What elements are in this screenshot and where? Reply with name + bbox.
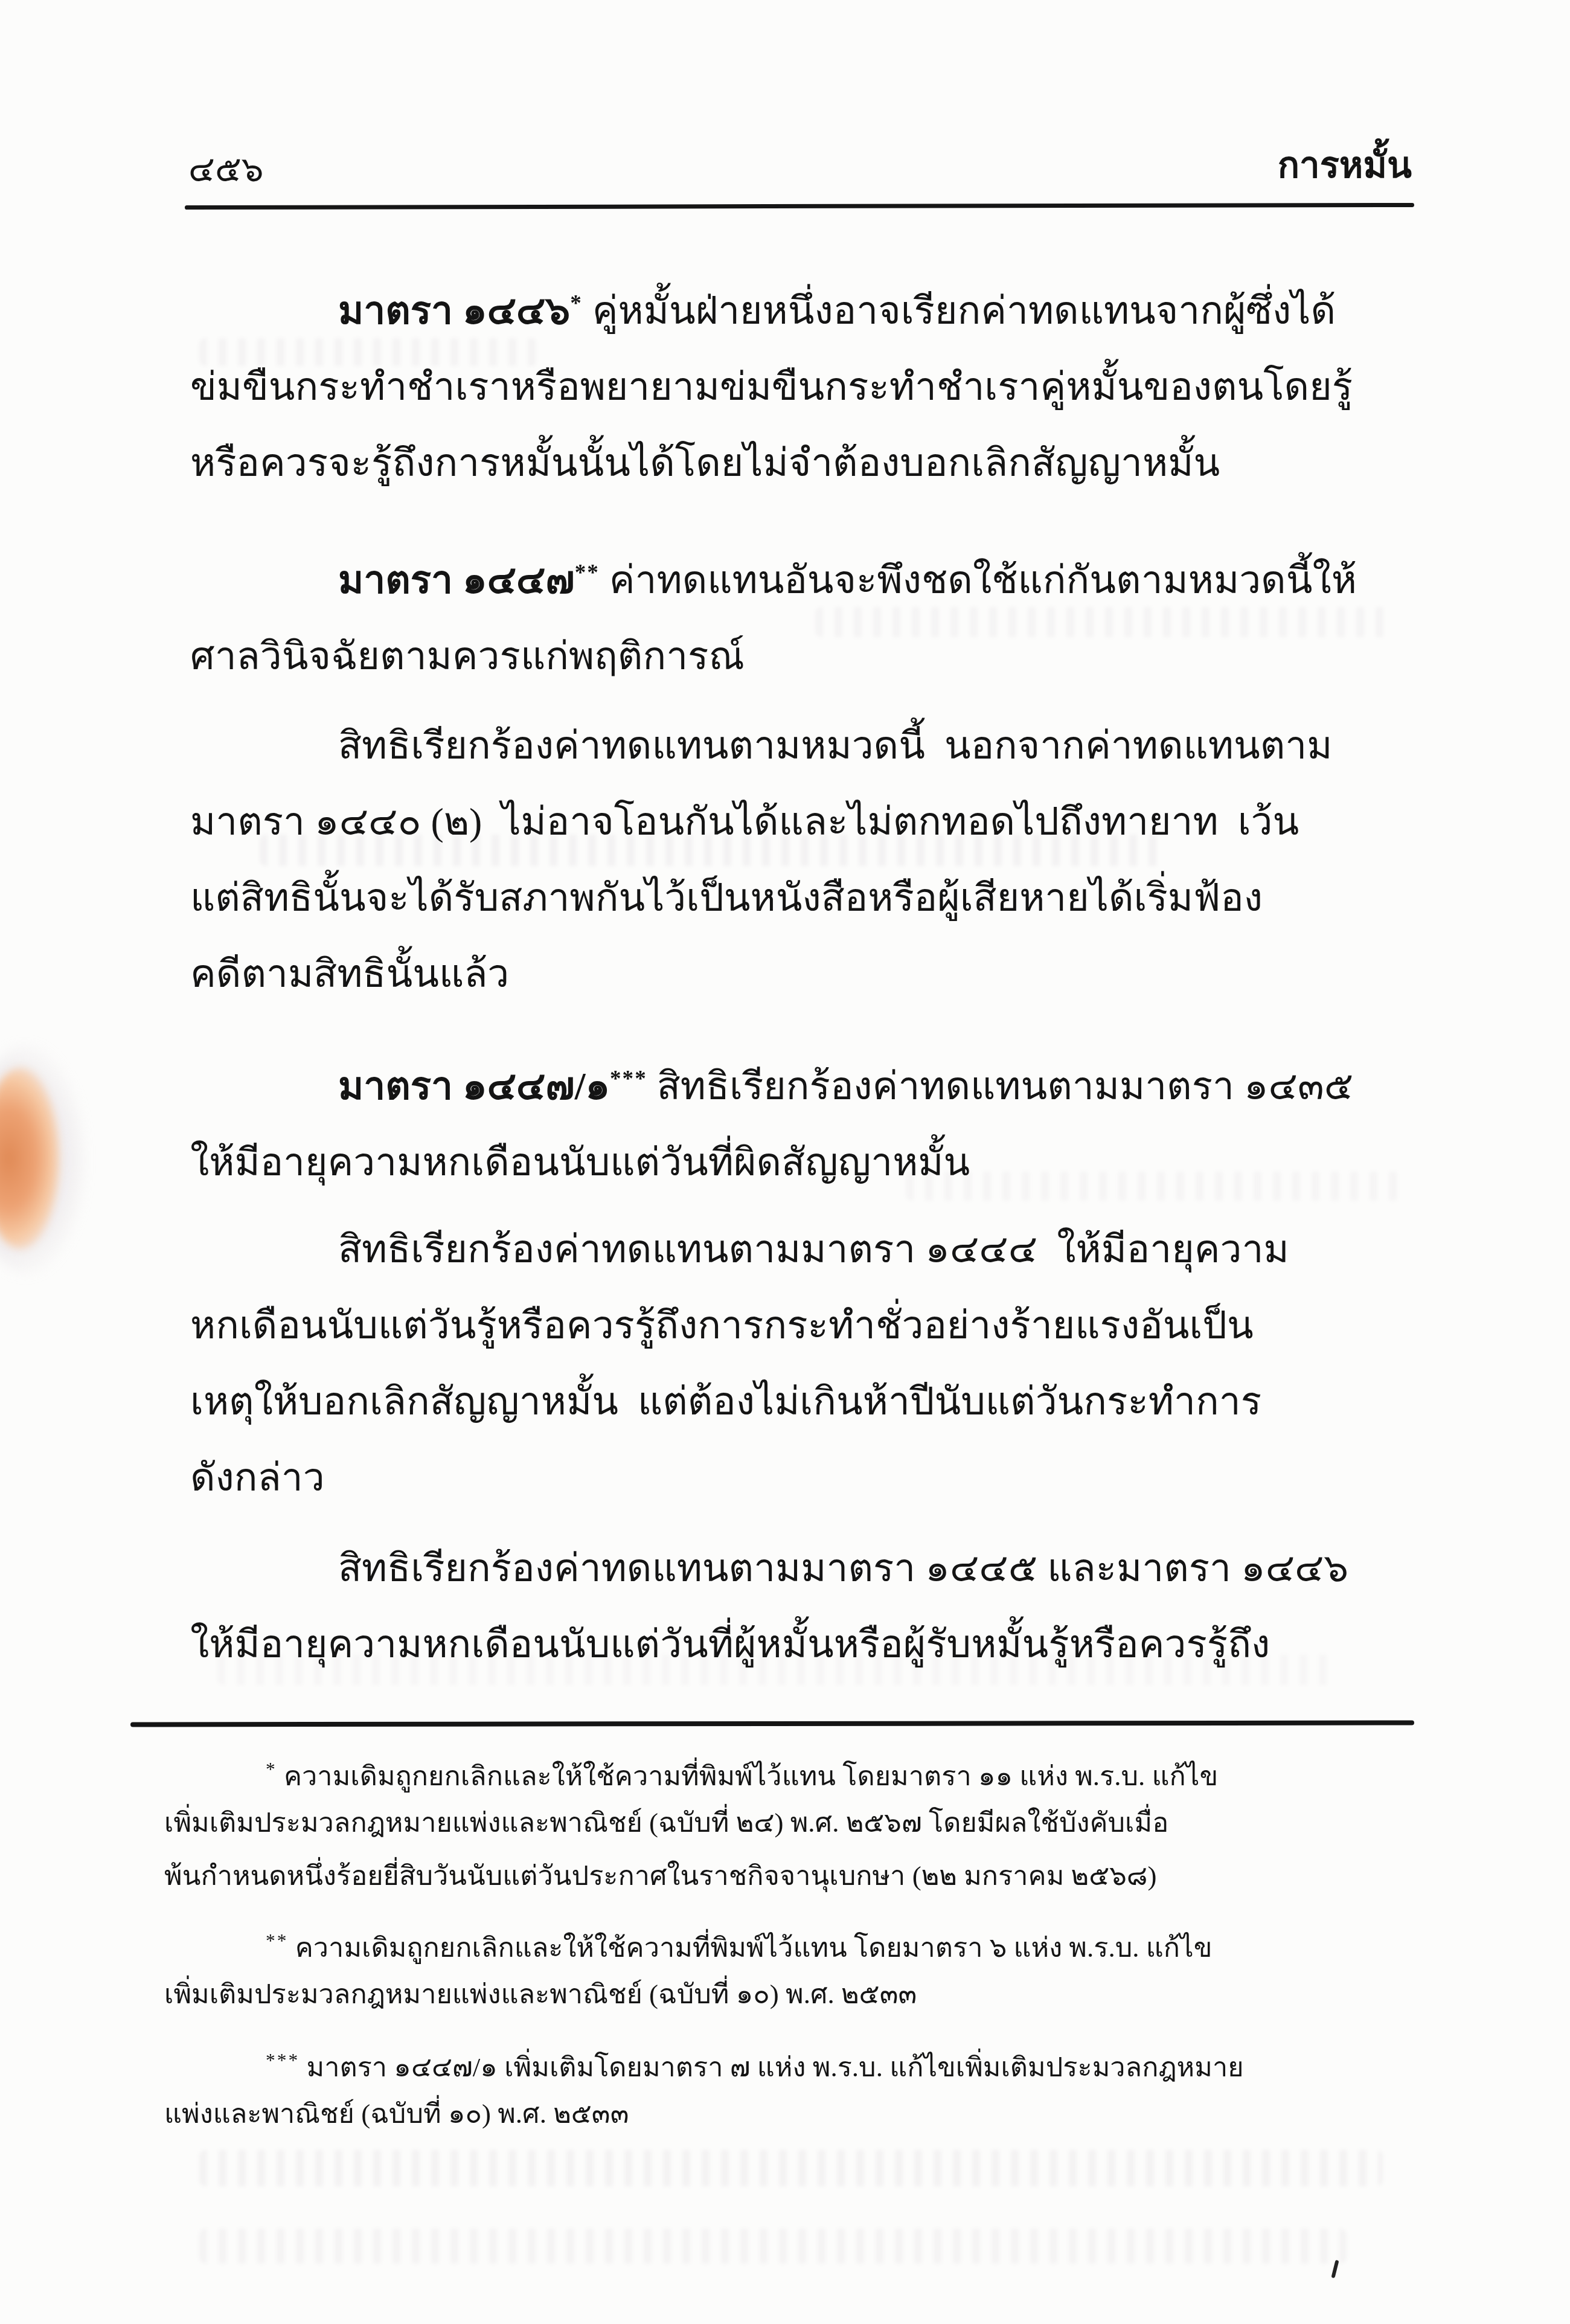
asterisk-marker: ** [266, 1930, 289, 1951]
footnote-separator [130, 1721, 1414, 1727]
text-line: หกเดือนนับแต่วันรู้หรือควรรู้ถึงการกระทำ… [190, 1288, 1416, 1364]
footnote-line: แพ่งและพาณิชย์ (ฉบับที่ ๑๐) พ.ศ. ๒๕๓๓ [164, 2087, 1432, 2140]
section-heading: มาตรา ๑๔๔๖ [338, 289, 570, 332]
page-number: ๔๕๖ [188, 152, 264, 187]
text-line: ข่มขืนกระทำชำเราหรือพยายามข่มขืนกระทำชำเ… [190, 349, 1416, 425]
running-title: การหมั้น [1278, 147, 1412, 184]
text-line: มาตรา ๑๔๔๗/๑*** สิทธิเรียกร้องค่าทดแทนตา… [190, 1048, 1416, 1125]
text-line: คดีตามสิทธินั้นแล้ว [190, 936, 1416, 1012]
section-1447: มาตรา ๑๔๔๗** ค่าทดแทนอันจะพึงชดใช้แก่กัน… [190, 542, 1416, 695]
section-1447-1-para3: สิทธิเรียกร้องค่าทดแทนตามมาตรา ๑๔๔๕ และม… [190, 1530, 1416, 1683]
footnote-line: ** ความเดิมถูกยกเลิกและให้ใช้ความที่พิมพ… [164, 1915, 1432, 1968]
text-line: สิทธิเรียกร้องค่าทดแทนตามหมวดนี้ นอกจากค… [190, 708, 1416, 784]
book-page: ๔๕๖ การหมั้น มาตรา ๑๔๔๖* คู่หมั้นฝ่ายหนึ… [0, 0, 1570, 2324]
section-1447-1-para2: สิทธิเรียกร้องค่าทดแทนตามมาตรา ๑๔๔๔ ให้ม… [190, 1212, 1416, 1516]
footnote-line: เพิ่มเติมประมวลกฎหมายแพ่งและพาณิชย์ (ฉบั… [164, 1968, 1432, 2021]
footnote-line: พ้นกำหนดหนึ่งร้อยยี่สิบวันนับแต่วันประกา… [164, 1849, 1432, 1902]
footnote-1: * ความเดิมถูกยกเลิกและให้ใช้ความที่พิมพ์… [164, 1743, 1432, 1902]
section-1447-1: มาตรา ๑๔๔๗/๑*** สิทธิเรียกร้องค่าทดแทนตา… [190, 1048, 1416, 1201]
section-1447-para2: สิทธิเรียกร้องค่าทดแทนตามหมวดนี้ นอกจากค… [190, 708, 1416, 1012]
footnote-line: *** มาตรา ๑๔๔๗/๑ เพิ่มเติมโดยมาตรา ๗ แห่… [164, 2034, 1432, 2087]
text-run: คู่หมั้นฝ่ายหนึ่งอาจเรียกค่าทดแทนจากผู้ซ… [583, 289, 1336, 332]
asterisk-marker: * [266, 1759, 277, 1780]
text-line: หรือควรจะรู้ถึงการหมั้นนั้นได้โดยไม่จำต้… [190, 425, 1416, 501]
text-line: มาตรา ๑๔๔๐ (๒) ไม่อาจโอนกันได้และไม่ตกทอ… [190, 784, 1416, 860]
text-line: ศาลวินิจฉัยตามควรแก่พฤติการณ์ [190, 618, 1416, 695]
footnote-text: มาตรา ๑๔๔๗/๑ เพิ่มเติมโดยมาตรา ๗ แห่ง พ.… [300, 2052, 1243, 2082]
footnote-text: ความเดิมถูกยกเลิกและให้ใช้ความที่พิมพ์ไว… [289, 1933, 1213, 1963]
text-run: ค่าทดแทนอันจะพึงชดใช้แก่กันตามหมวดนี้ให้ [600, 559, 1357, 602]
text-line: ดังกล่าว [190, 1440, 1416, 1516]
section-heading: มาตรา ๑๔๔๗/๑ [338, 1065, 610, 1108]
header-rule [185, 203, 1414, 210]
text-line: มาตรา ๑๔๔๖* คู่หมั้นฝ่ายหนึ่งอาจเรียกค่า… [190, 273, 1416, 349]
text-line: แต่สิทธินั้นจะได้รับสภาพกันไว้เป็นหนังสื… [190, 860, 1416, 936]
footnote-ref-3: *** [610, 1067, 647, 1091]
footnote-line: * ความเดิมถูกยกเลิกและให้ใช้ความที่พิมพ์… [164, 1743, 1432, 1796]
section-heading: มาตรา ๑๔๔๗ [338, 559, 575, 602]
text-line: เหตุให้บอกเลิกสัญญาหมั้น แต่ต้องไม่เกินห… [190, 1364, 1416, 1440]
asterisk-marker: *** [266, 2050, 300, 2071]
text-run: สิทธิเรียกร้องค่าทดแทนตามมาตรา ๑๔๓๕ [647, 1065, 1354, 1108]
bleed-through-text [199, 2150, 1383, 2186]
text-line: ให้มีอายุความหกเดือนนับแต่วันที่ผิดสัญญา… [190, 1125, 1416, 1201]
footnotes: * ความเดิมถูกยกเลิกและให้ใช้ความที่พิมพ์… [164, 1743, 1432, 2140]
text-line: ให้มีอายุความหกเดือนนับแต่วันที่ผู้หมั้น… [190, 1607, 1416, 1683]
text-line: สิทธิเรียกร้องค่าทดแทนตามมาตรา ๑๔๔๔ ให้ม… [190, 1212, 1416, 1288]
text-line: สิทธิเรียกร้องค่าทดแทนตามมาตรา ๑๔๔๕ และม… [190, 1530, 1416, 1607]
body-text: มาตรา ๑๔๔๖* คู่หมั้นฝ่ายหนึ่งอาจเรียกค่า… [190, 273, 1416, 1683]
footnote-ref-1: * [570, 291, 583, 316]
bleed-through-text [199, 2229, 1347, 2264]
footnote-text: ความเดิมถูกยกเลิกและให้ใช้ความที่พิมพ์ไว… [277, 1761, 1218, 1791]
footnote-2: ** ความเดิมถูกยกเลิกและให้ใช้ความที่พิมพ… [164, 1915, 1432, 2021]
footnote-line: เพิ่มเติมประมวลกฎหมายแพ่งและพาณิชย์ (ฉบั… [164, 1796, 1432, 1849]
section-1446: มาตรา ๑๔๔๖* คู่หมั้นฝ่ายหนึ่งอาจเรียกค่า… [190, 273, 1416, 501]
text-line: มาตรา ๑๔๔๗** ค่าทดแทนอันจะพึงชดใช้แก่กัน… [190, 542, 1416, 618]
footnote-ref-2: ** [575, 560, 600, 585]
footnote-3: *** มาตรา ๑๔๔๗/๑ เพิ่มเติมโดยมาตรา ๗ แห่… [164, 2034, 1432, 2140]
